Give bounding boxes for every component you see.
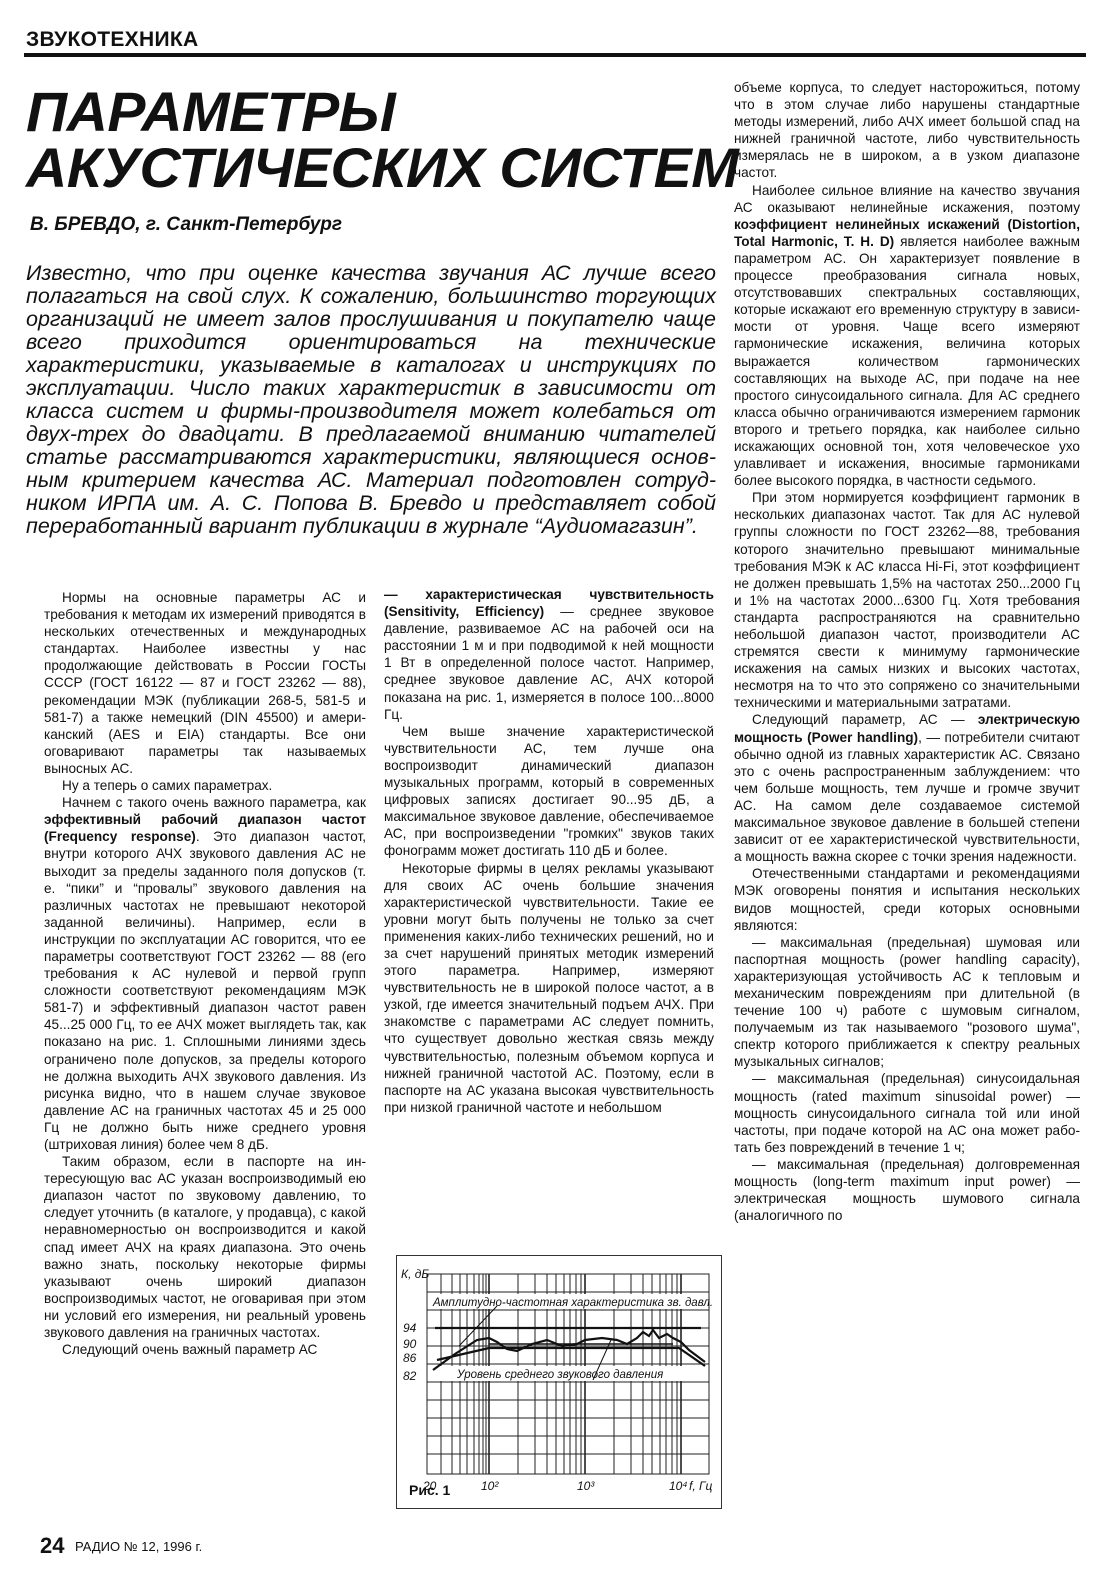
y-tick-86: 86 — [403, 1351, 417, 1365]
page-title: ПАРАМЕТРЫ АКУСТИЧЕСКИХ СИСТЕМ — [26, 84, 738, 196]
paragraph: Наиболее сильное влияние на качест­во зв… — [734, 182, 1080, 490]
lower-tolerance-line — [437, 1348, 705, 1366]
section-label: ЗВУКОТЕХНИКА — [26, 28, 198, 52]
column-1: Нормы на основные параметры АС и требова… — [44, 589, 366, 1358]
y-axis-unit: К, дБ — [401, 1267, 429, 1281]
author-byline: В. БРЕВДО, г. Санкт-Петербург — [30, 214, 342, 236]
title-line-1: ПАРАМЕТРЫ — [26, 84, 738, 140]
y-tick-94: 94 — [403, 1321, 417, 1335]
x-tick-100: 10² — [481, 1479, 499, 1493]
paragraph: Отечественными стандартами и реко­мендац… — [734, 865, 1080, 933]
publication-info: РАДИО № 12, 1996 г. — [75, 1539, 202, 1554]
paragraph: Начнем с такого очень важного пара­метра… — [44, 794, 366, 1153]
chart-label-mean-level: Уровень среднего звукового давления — [456, 1369, 663, 1381]
paragraph: — максимальная (предельная) шумовая или … — [734, 934, 1080, 1071]
y-tick-82: 82 — [403, 1369, 417, 1383]
top-rule — [24, 53, 1086, 57]
figure-1: Амплитудно-частотная характеристика зв. … — [396, 1255, 722, 1509]
frequency-response-chart: Амплитудно-частотная характеристика зв. … — [397, 1256, 721, 1508]
x-tick-1000: 10³ — [577, 1479, 595, 1493]
paragraph: — максимальная (предельная) синусо­идаль… — [734, 1070, 1080, 1155]
page-number: 24 — [40, 1533, 64, 1558]
paragraph: Некоторые фирмы в целях рекламы указываю… — [384, 860, 714, 1116]
paragraph: Таким образом, если в паспорте на ин­тер… — [44, 1153, 366, 1341]
column-2: — характеристическая чувствитель­ность (… — [384, 586, 714, 1116]
title-line-2: АКУСТИЧЕСКИХ СИСТЕМ — [26, 140, 738, 196]
x-tick-10000: 10⁴ — [669, 1479, 688, 1493]
x-axis-unit: f, Гц — [689, 1479, 713, 1493]
chart-label-frequency-response: Амплитудно-частотная характеристика зв. … — [432, 1297, 713, 1309]
paragraph: При этом нормируется коэффициент гармони… — [734, 489, 1080, 711]
lead-paragraph: Известно, что при оценке качества звучан… — [26, 262, 716, 538]
y-tick-90: 90 — [403, 1337, 417, 1351]
paragraph: Следующий параметр, АС — электри­ческую … — [734, 711, 1080, 865]
page-footer: 24 РАДИО № 12, 1996 г. — [40, 1533, 202, 1559]
paragraph: Ну а теперь о самих параметрах. — [44, 777, 366, 794]
figure-caption: Рис. 1 — [409, 1482, 450, 1498]
column-3: объеме корпуса, то следует насторожить­с… — [734, 79, 1080, 1224]
paragraph: — максимальная (предельная) долгов­ремен… — [734, 1156, 1080, 1224]
paragraph: Чем выше значение характеристичес­кой чу… — [384, 723, 714, 860]
paragraph: Нормы на основные параметры АС и требова… — [44, 589, 366, 777]
paragraph: — характеристическая чувствитель­ность (… — [384, 586, 714, 723]
paragraph: объеме корпуса, то следует насторожить­с… — [734, 79, 1080, 182]
paragraph: Следующий очень важный параметр АС — [44, 1341, 366, 1358]
